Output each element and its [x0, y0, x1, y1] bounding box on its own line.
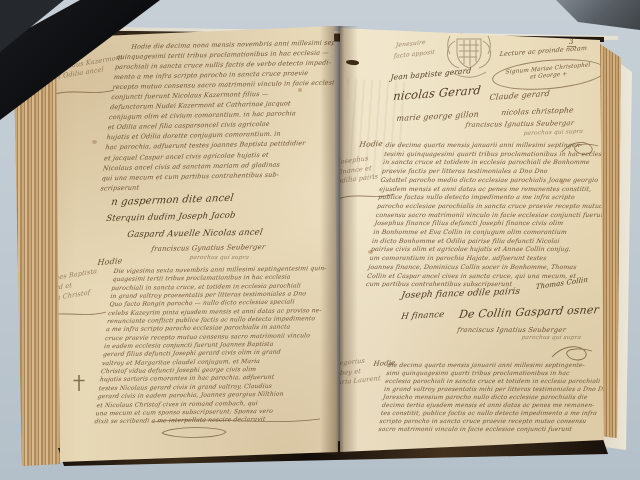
header-small-note-1: Jenesuire	[396, 39, 426, 49]
act2-body-left: Die vigesima sexta novembris anni milles…	[94, 265, 327, 427]
signature-de-collin: De Collin Gaspard osner	[458, 303, 600, 321]
margin-cross-icon	[72, 374, 86, 392]
signature-priest-left: franciscus Gynatius Seuberger	[151, 243, 266, 253]
background-shadow-top-right	[548, 0, 640, 30]
foxing-spot	[560, 180, 564, 184]
signature-nicolas-gerard: nicolas Gerard	[393, 83, 482, 103]
signature-priest-header: franciscus Ignatius Seubergar	[465, 119, 575, 129]
signature-nicolas-christophe: nicolas christophe	[501, 105, 574, 117]
signature-nicolas-ancel: Gaspard Avuelle Nicolas ancel	[126, 228, 263, 240]
signature-parochus-left: parochus qui supra	[189, 255, 249, 261]
end-of-act-flourish	[148, 414, 324, 440]
signature-joseph-jacob: Sterquin dudim Joseph Jacob	[105, 211, 236, 224]
folio-mark: 3	[567, 38, 576, 47]
foxing-spot	[368, 250, 373, 254]
margin-note-underline	[50, 86, 116, 98]
signum-circle: Signum Mariae Christophel et George +	[491, 55, 607, 94]
book-gutter-shadow	[320, 26, 358, 454]
act2-intro-word-left: Hodie	[97, 256, 123, 267]
foxing-spot	[298, 88, 302, 92]
act1-intro-word-right: Hodie	[359, 139, 384, 149]
signature-parochus-right: parochus qui supra	[521, 335, 581, 341]
act1-body-right: die decima quarta mensis januarii anni m…	[365, 142, 640, 290]
foxing-spot	[92, 140, 97, 144]
signature-gaspermon: n gaspermon dite ancel	[110, 193, 234, 208]
header-small-note-2: facto apposit	[394, 49, 435, 60]
signature-parochus-header: parochus qui supra	[523, 129, 583, 137]
act2-body-right: die decima quarta mensis januarii anni m…	[378, 362, 615, 434]
archival-photo-scene: 138 Nicolaus Kazermontet Odilia ancel Ho…	[0, 0, 640, 480]
signature-priest-right: franciscus Ignatius Seuberger	[457, 326, 567, 334]
signature-claude-gerard: Claude gerard	[489, 89, 550, 102]
signature-h-finance: H finance	[400, 310, 445, 322]
parochus-flourish	[548, 342, 594, 364]
